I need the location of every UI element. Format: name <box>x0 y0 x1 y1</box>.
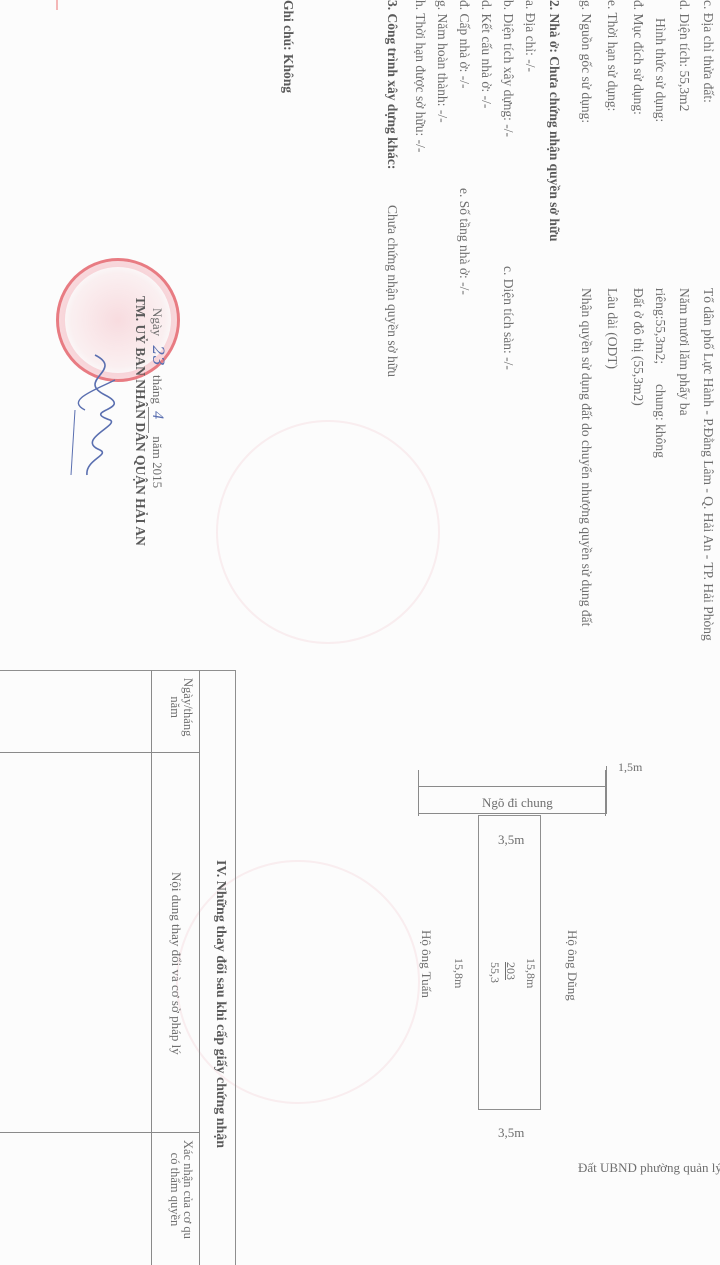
house-construction-area: b. Diện tích xây dựng: -/- <box>500 0 516 137</box>
signature-date: Ngày 23 tháng 4 năm 2015 <box>148 308 168 488</box>
address-value: Tổ dân phố Lực Hành - P.Đằng Lâm - Q. Hả… <box>700 288 716 641</box>
house-ownership-term: h. Thời hạn được sở hữu: -/- <box>412 0 428 152</box>
neighbor-right: Hộ ông Dũng <box>564 930 580 1001</box>
neighbor-left: Hộ ông Tuấn <box>418 930 434 998</box>
changes-table <box>0 670 236 1265</box>
right-length-label: 15,8m <box>523 958 538 988</box>
watermark <box>216 420 440 644</box>
area-value: Năm mươi lăm phẩy ba <box>676 288 692 416</box>
purpose-label: đ. Mục đích sử dụng: <box>630 0 646 115</box>
house-floor-area: c. Diện tích sàn: -/- <box>500 266 516 370</box>
road-label: Ngõ đi chung <box>482 795 553 811</box>
col-content-header: Nội dung thay đổi và cơ sở pháp lý <box>168 872 184 1055</box>
col-date-line1: Ngày/tháng <box>181 678 194 736</box>
table-header-bottom <box>151 670 152 1265</box>
plot-area: 55,3 <box>487 962 502 983</box>
signature-icon <box>55 350 135 480</box>
term-label: e. Thời hạn sử dụng: <box>604 0 620 111</box>
road-line-inner <box>418 813 605 814</box>
back-width-label: 3,5m <box>498 1125 524 1141</box>
house-address: a. Địa chỉ: -/- <box>522 0 538 72</box>
date-year: 2015 <box>150 462 165 488</box>
term-value: Lâu dài (ODT) <box>604 288 620 369</box>
house-heading: 2. Nhà ở: Chưa chứng nhận quyền sở hữu <box>546 0 562 241</box>
table-header-top <box>199 670 200 1265</box>
road-width-arrow <box>606 766 607 814</box>
col-confirm-line2: có thẩm quyền <box>168 1140 181 1239</box>
house-floors: e. Số tầng nhà ở: -/- <box>456 188 472 295</box>
address-label: c. Địa chỉ thửa đất: <box>700 0 716 103</box>
col-separator-2 <box>0 1132 200 1133</box>
road-edge-bottom <box>418 770 419 816</box>
year-prefix: năm <box>150 436 165 458</box>
origin-label: g. Nguồn gốc sử dụng: <box>578 0 594 123</box>
date-prefix: Ngày <box>150 308 165 336</box>
road-line-outer <box>418 786 605 787</box>
origin-value: Nhận quyền sử dụng đất do chuyển nhượng … <box>578 288 594 626</box>
area-label: d. Diện tích: 55,3m2 <box>676 0 692 111</box>
other-works-value: Chưa chứng nhận quyền sở hữu <box>384 205 400 377</box>
plot-number: 203 <box>503 962 518 980</box>
date-month: 4 <box>148 407 166 433</box>
usage-form-private: riêng:55,3m2; <box>652 288 668 364</box>
left-length-label: 15,8m <box>451 958 466 988</box>
changes-table-title: IV. Những thay đổi sau khi cấp giấy chứn… <box>212 860 228 1148</box>
certificate-page: c. Địa chỉ thửa đất: Tổ dân phố Lực Hành… <box>0 0 720 1265</box>
house-structure: d. Kết cấu nhà ở: -/- <box>478 0 494 108</box>
col-confirm-header: Xác nhận của cơ qu có thẩm quyền <box>168 1140 194 1239</box>
road-width-label: 1,5m <box>618 760 642 775</box>
col-confirm-line1: Xác nhận của cơ qu <box>181 1140 194 1239</box>
front-width-label: 3,5m <box>498 832 524 848</box>
col-date-line2: năm <box>168 678 181 736</box>
col-separator-1 <box>0 752 200 753</box>
other-works-label: 3. Công trình xây dựng khác: <box>384 0 400 169</box>
date-day: 23 <box>149 339 168 371</box>
col-date-header: Ngày/tháng năm <box>168 678 194 736</box>
usage-form-shared: chung: không <box>652 384 668 458</box>
red-mark <box>56 0 58 10</box>
back-neighbor: Đất UBND phường quản lý <box>578 1160 720 1176</box>
purpose-value: Đất ở đô thị (55,3m2) <box>630 288 646 406</box>
note: Ghi chú: Không <box>280 0 296 93</box>
usage-form-label: Hình thức sử dụng: <box>652 18 668 122</box>
house-completion-year: g. Năm hoàn thành: -/- <box>434 0 450 123</box>
month-prefix: tháng <box>150 375 165 404</box>
house-grade: đ. Cấp nhà ở: -/- <box>456 0 472 89</box>
